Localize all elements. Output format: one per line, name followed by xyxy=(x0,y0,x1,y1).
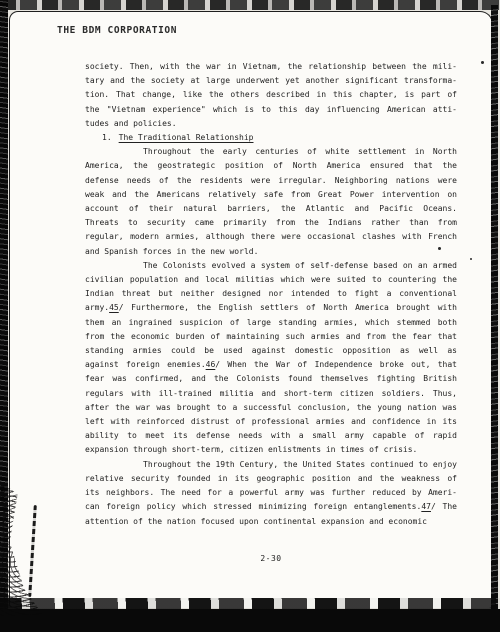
text-segment: America, the geostrategic position of No… xyxy=(85,161,457,170)
text-line: tary and the society at large underwent … xyxy=(85,74,457,88)
text-segment: expansion through short-term, citizen en… xyxy=(85,445,417,454)
scan-edge-bottom xyxy=(0,609,500,632)
text-line: Throughout the early centuries of white … xyxy=(85,145,457,159)
text-line: standing armies could be used against do… xyxy=(85,344,457,358)
text-line: against foreign enemies.46/ When the War… xyxy=(85,358,457,372)
text-line: civilian population and local militias w… xyxy=(85,273,457,287)
text-line: weak and the Americans relatively safe f… xyxy=(85,188,457,202)
text-segment: fear was confirmed, and the Colonists fo… xyxy=(85,374,457,383)
scan-edge-right xyxy=(491,5,498,632)
section-heading: 1.The Traditional Relationship xyxy=(85,131,457,145)
footnote-ref: 47 xyxy=(421,502,431,511)
text-segment: left with reinforced distrust of profess… xyxy=(85,417,457,426)
scan-speckle xyxy=(481,61,484,64)
text-segment: against foreign enemies. xyxy=(85,360,206,369)
text-line: army.45/ Furthermore, the English settle… xyxy=(85,301,457,315)
text-segment: can foreign policy which stressed minimi… xyxy=(85,502,421,511)
scan-edge-top xyxy=(0,0,500,10)
text-segment: civilian population and local militias w… xyxy=(85,275,457,284)
text-segment: Indian threat but neither designed nor i… xyxy=(85,289,457,298)
text-line: attention of the nation focused upon con… xyxy=(85,515,457,529)
heading-underline: The Traditional Relationship xyxy=(119,133,254,142)
text-segment: after the war was brought to a successfu… xyxy=(85,403,457,412)
text-line: account of their natural barriers, the A… xyxy=(85,202,457,216)
text-segment: Threats to security came primarily from … xyxy=(85,218,457,227)
text-line: the "Vietnam experience" which is to thi… xyxy=(85,103,457,117)
text-line: its neighbors. The need for a powerful a… xyxy=(85,486,457,500)
text-line: Threats to security came primarily from … xyxy=(85,216,457,230)
text-segment: society. Then, with the war in Vietnam, … xyxy=(85,62,457,71)
text-line: Indian threat but neither designed nor i… xyxy=(85,287,457,301)
text-line: expansion through short-term, citizen en… xyxy=(85,443,457,457)
document-body: society. Then, with the war in Vietnam, … xyxy=(85,60,457,566)
text-line: tudes and policies. xyxy=(85,117,457,131)
text-line: regulars with ill-trained militia and sh… xyxy=(85,387,457,401)
text-line: ability to meet its defense needs with a… xyxy=(85,429,457,443)
text-line: defense needs of the residents were irre… xyxy=(85,174,457,188)
scan-speckle xyxy=(470,258,472,260)
text-segment: ability to meet its defense needs with a… xyxy=(85,431,457,440)
text-block: society. Then, with the war in Vietnam, … xyxy=(85,60,457,529)
text-segment: Throughout the 19th Century, the United … xyxy=(143,460,457,469)
text-line: society. Then, with the war in Vietnam, … xyxy=(85,60,457,74)
corporation-header: THE BDM CORPORATION xyxy=(57,25,177,36)
scanned-page: THE BDM CORPORATION society. Then, with … xyxy=(0,0,500,632)
scan-speckle xyxy=(438,247,441,250)
text-line: after the war was brought to a successfu… xyxy=(85,401,457,415)
text-line: Throughout the 19th Century, the United … xyxy=(85,458,457,472)
text-segment: regulars with ill-trained militia and sh… xyxy=(85,389,457,398)
text-segment: Throughout the early centuries of white … xyxy=(143,147,457,156)
text-line: relative security founded in its geograp… xyxy=(85,472,457,486)
text-segment: attention of the nation focused upon con… xyxy=(85,517,427,526)
text-line: left with reinforced distrust of profess… xyxy=(85,415,457,429)
text-segment: them an ingrained suspicion of large sta… xyxy=(85,318,457,327)
text-segment: The Colonists evolved a system of self-d… xyxy=(143,261,457,270)
text-line: regular, modern armies, although there w… xyxy=(85,230,457,244)
text-line: and Spanish forces in the new world. xyxy=(85,245,457,259)
text-segment: tudes and policies. xyxy=(85,119,177,128)
text-segment: weak and the Americans relatively safe f… xyxy=(85,190,457,199)
text-segment: tion. That change, like the others descr… xyxy=(85,90,457,99)
text-line: can foreign policy which stressed minimi… xyxy=(85,500,457,514)
text-segment: from the economic burden of maintaining … xyxy=(85,332,457,341)
text-segment: regular, modern armies, although there w… xyxy=(85,232,457,241)
text-segment: the "Vietnam experience" which is to thi… xyxy=(85,105,457,114)
text-segment: / When the War of Independence broke out… xyxy=(215,360,457,369)
text-segment: tary and the society at large underwent … xyxy=(85,76,457,85)
text-segment: defense needs of the residents were irre… xyxy=(85,176,457,185)
text-segment: account of their natural barriers, the A… xyxy=(85,204,457,213)
footnote-ref: 45 xyxy=(109,303,119,312)
text-segment: relative security founded in its geograp… xyxy=(85,474,457,483)
text-segment: its neighbors. The need for a powerful a… xyxy=(85,488,457,497)
text-segment: and Spanish forces in the new world. xyxy=(85,247,258,256)
text-line: them an ingrained suspicion of large sta… xyxy=(85,316,457,330)
page-number: 2-30 xyxy=(85,552,457,566)
footnote-ref: 46 xyxy=(206,360,216,369)
text-line: from the economic burden of maintaining … xyxy=(85,330,457,344)
text-line: fear was confirmed, and the Colonists fo… xyxy=(85,372,457,386)
text-segment: / The xyxy=(431,502,457,511)
text-segment: standing armies could be used against do… xyxy=(85,346,457,355)
text-segment: / Furthermore, the English settlers of N… xyxy=(119,303,457,312)
text-line: tion. That change, like the others descr… xyxy=(85,88,457,102)
text-segment: army. xyxy=(85,303,109,312)
text-line: America, the geostrategic position of No… xyxy=(85,159,457,173)
text-line: The Colonists evolved a system of self-d… xyxy=(85,259,457,273)
text-segment: 1. xyxy=(102,133,112,142)
